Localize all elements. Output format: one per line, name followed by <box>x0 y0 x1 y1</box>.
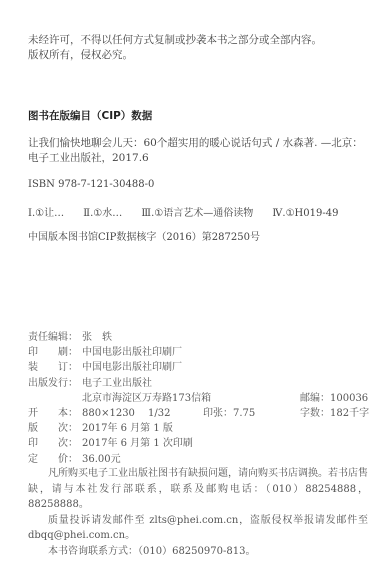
notice-para-1: 凡所购买电子工业出版社图书有缺损问题，请向购买书店调换。若书店售缺，请与本社发行… <box>28 466 368 513</box>
cip-number: 中国版本图书馆CIP数据核字（2016）第287250号 <box>28 228 260 243</box>
address-row: 北京市海淀区万寿路173信箱 邮编：100036 <box>28 391 211 406</box>
binding-row: 装 订：中国电影出版社印刷厂 <box>28 360 211 375</box>
price-label: 定 价： <box>28 452 82 467</box>
words-label: 字数： <box>300 408 330 419</box>
postcode-value: 100036 <box>330 393 368 404</box>
price-row: 定 价：36.00元 <box>28 452 211 467</box>
words-value: 182千字 <box>330 408 369 419</box>
format-label: 开 本： <box>28 406 82 421</box>
sheets-label: 印张： <box>203 408 233 419</box>
isbn: ISBN 978-7-121-30488-0 <box>28 179 154 190</box>
copyright-line-2: 版权所有，侵权必究。 <box>28 48 322 63</box>
copyright-notice: 未经许可，不得以任何方式复制或抄袭本书之部分或全部内容。 版权所有，侵权必究。 <box>28 33 322 63</box>
address: 北京市海淀区万寿路173信箱 <box>82 391 211 406</box>
format-fold: 1/32 <box>148 406 170 421</box>
postcode: 邮编：100036 <box>300 391 368 406</box>
publisher-label: 出版发行： <box>28 376 82 391</box>
cip-class-4: Ⅳ.①H019-49 <box>272 208 338 219</box>
edition-row: 版 次：2017年 6 月第 1 版 <box>28 421 211 436</box>
cip-class-3: Ⅲ.①语言艺术—通俗读物 <box>141 208 253 219</box>
binding-label: 装 订： <box>28 360 82 375</box>
cip-classes: Ⅰ.①让… Ⅱ.①水… Ⅲ.①语言艺术—通俗读物 Ⅳ.①H019-49 <box>28 204 354 219</box>
impression-row: 印 次：2017年 6 月第 1 次印刷 <box>28 436 211 451</box>
binding: 中国电影出版社印刷厂 <box>82 360 182 375</box>
impression-label: 印 次： <box>28 436 82 451</box>
book-info: 责任编辑：张 轶 印 刷：中国电影出版社印刷厂 装 订：中国电影出版社印刷厂 出… <box>28 330 211 467</box>
publisher: 电子工业出版社 <box>82 376 152 391</box>
printing: 中国电影出版社印刷厂 <box>82 345 182 360</box>
cip-entry: 让我们愉快地聊会儿天：60个超实用的暖心说话句式 / 水森著. —北京：电子工业… <box>28 136 368 166</box>
edition-label: 版 次： <box>28 421 82 436</box>
price: 36.00元 <box>82 452 121 467</box>
notice-para-2: 质量投诉请发邮件至 zlts@phei.com.cn，盗版侵权举报请发邮件至 d… <box>28 513 368 544</box>
format: 880×1230 <box>82 406 135 421</box>
sheets-value: 7.75 <box>233 408 255 419</box>
edition: 2017年 6 月第 1 版 <box>82 421 173 436</box>
cip-class-2: Ⅱ.①水… <box>83 208 122 219</box>
sheets: 印张：7.75 <box>203 406 255 421</box>
copyright-line-1: 未经许可，不得以任何方式复制或抄袭本书之部分或全部内容。 <box>28 33 322 48</box>
format-row: 开 本：880×1230 1/32 印张：7.75 字数：182千字 <box>28 406 211 421</box>
editor-row: 责任编辑：张 轶 <box>28 330 211 345</box>
printing-row: 印 刷：中国电影出版社印刷厂 <box>28 345 211 360</box>
notice-para-3: 本书咨询联系方式：（010）68250970-813。 <box>28 544 368 560</box>
cip-class-1: Ⅰ.①让… <box>28 208 64 219</box>
printing-label: 印 刷： <box>28 345 82 360</box>
postcode-label: 邮编： <box>300 393 330 404</box>
word-count: 字数：182千字 <box>300 406 369 421</box>
cip-heading: 图书在版编目（CIP）数据 <box>28 108 152 123</box>
editor-label: 责任编辑： <box>28 330 82 345</box>
publisher-row: 出版发行：电子工业出版社 <box>28 376 211 391</box>
purchase-notice: 凡所购买电子工业出版社图书有缺损问题，请向购买书店调换。若书店售缺，请与本社发行… <box>28 466 368 559</box>
editor: 张 轶 <box>82 330 112 345</box>
impression: 2017年 6 月第 1 次印刷 <box>82 436 193 451</box>
